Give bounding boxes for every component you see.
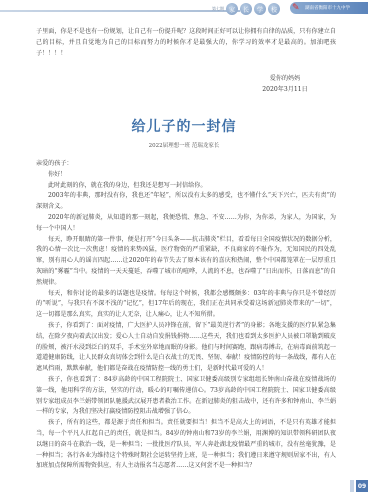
letter-paragraph: 此时此刻的你，就在我的身边，但我还是想写一封信给你。	[36, 181, 336, 192]
badge-circle-3: 学	[254, 3, 266, 15]
signature: 爱你的妈妈	[240, 73, 330, 84]
closing-paragraph: 子里面，你是不是也有一份规划，让自己有一份提升呢？这段时间正好可以让你拥有自律的…	[36, 27, 336, 59]
page-number: 09	[356, 480, 368, 492]
letter-paragraph: 每天，和你讨论的最多的话题也是疫情。每每这个时候，我都会感慨颇多：03年的非典与…	[36, 289, 336, 321]
letter-paragraph: 孩子，你看到了：面对疫情，广大医护人员冲锋在前，留下“最美逆行者”的身影；各地支…	[36, 321, 336, 375]
badge-circle-4: 校	[268, 3, 280, 15]
letter-paragraph: 孩子，你也看到了：84岁高龄的中国工程院院士、国家卫健委高级别专家组组长钟南山奋…	[36, 375, 336, 418]
article-author: 2022届理想一班 范瑞龙家长	[0, 141, 368, 149]
letter-paragraph: 2020年的新冠肺炎，从知道的那一刻起，我便恐慌、焦急、不安……为你，为你弟，为…	[36, 213, 336, 235]
letter-paragraph: 每天，睁开眼睛的第一件事，便是打开“今日头条——抗击肺炎”栏目，看看每日全国疫情…	[36, 235, 336, 289]
article-title: 给儿子的一封信	[0, 116, 368, 136]
issue-label: 第七期	[212, 6, 224, 12]
page-tab-decoration	[350, 480, 354, 492]
signature-block: 爱你的妈妈 2020年3月11日	[240, 73, 330, 95]
previous-letter-ending: 子里面，你是不是也有一份规划，让自己有一份提升呢？这段时间正好可以让你拥有自律的…	[36, 27, 336, 59]
letter-greeting: 亲爱的孩子：	[36, 159, 336, 170]
badge-circle-2: 长	[240, 3, 252, 15]
badge-circle-1: 家	[226, 3, 238, 15]
signature-date: 2020年3月11日	[240, 84, 330, 95]
letter-paragraph: 孩子，所有的这些，都是源于责任和担当。责任就要担当！担当不是高大上的词语，不是只…	[36, 418, 336, 472]
school-brand: ✎ 湖南省衡阳市十九中学	[290, 2, 368, 14]
letter-paragraph: 你好！	[36, 170, 336, 181]
letter-paragraph: 2003年的非典，那时没有你，我也还“年轻”，所以没有太多的感受，也不懂什么“天…	[36, 191, 336, 213]
school-logo-icon: ✎	[292, 3, 302, 13]
header-badges: 第七期 家 长 学 校	[212, 2, 282, 16]
school-name: 湖南省衡阳市十九中学	[305, 5, 350, 11]
header-rule	[0, 10, 240, 12]
letter-body: 亲爱的孩子： 你好！ 此时此刻的你，就在我的身边，但我还是想写一封信给你。 20…	[36, 159, 336, 472]
